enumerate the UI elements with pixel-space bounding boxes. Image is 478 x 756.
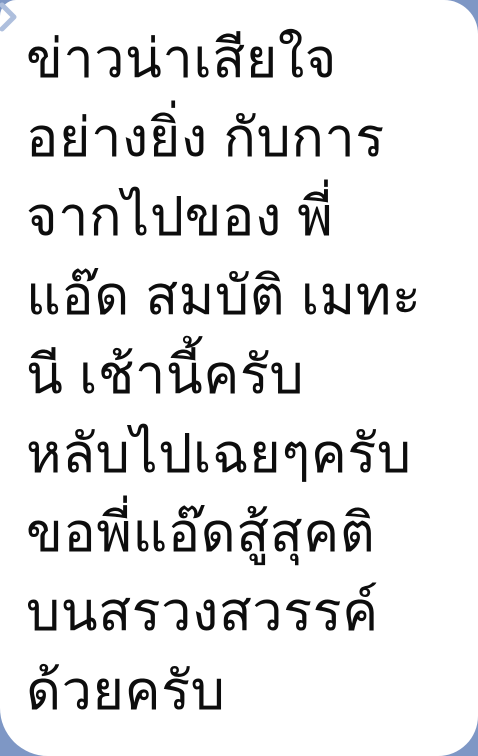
message-line: ขอพี่แอ๊ดสู้สุคติ <box>26 494 472 573</box>
chat-screen: ข่าวน่าเสียใจ อย่างยิ่ง กับการ จากไปของ … <box>0 0 478 756</box>
message-line: จากไปของ พี่ <box>26 178 472 257</box>
message-bubble[interactable]: ข่าวน่าเสียใจ อย่างยิ่ง กับการ จากไปของ … <box>0 0 478 756</box>
chevron-right-icon <box>0 2 20 36</box>
message-line: ด้วยครับ <box>26 652 472 731</box>
message-line: อย่างยิ่ง กับการ <box>26 99 472 178</box>
message-line: หลับไปเฉยๆครับ <box>26 415 472 494</box>
message-line: นี เช้านี้ครับ <box>26 336 472 415</box>
message-text: ข่าวน่าเสียใจ อย่างยิ่ง กับการ จากไปของ … <box>26 20 472 731</box>
message-line: บนสรวงสวรรค์ <box>26 573 472 652</box>
message-line: ข่าวน่าเสียใจ <box>26 20 472 99</box>
message-line: แอ๊ด สมบัติ เมทะ <box>26 257 472 336</box>
